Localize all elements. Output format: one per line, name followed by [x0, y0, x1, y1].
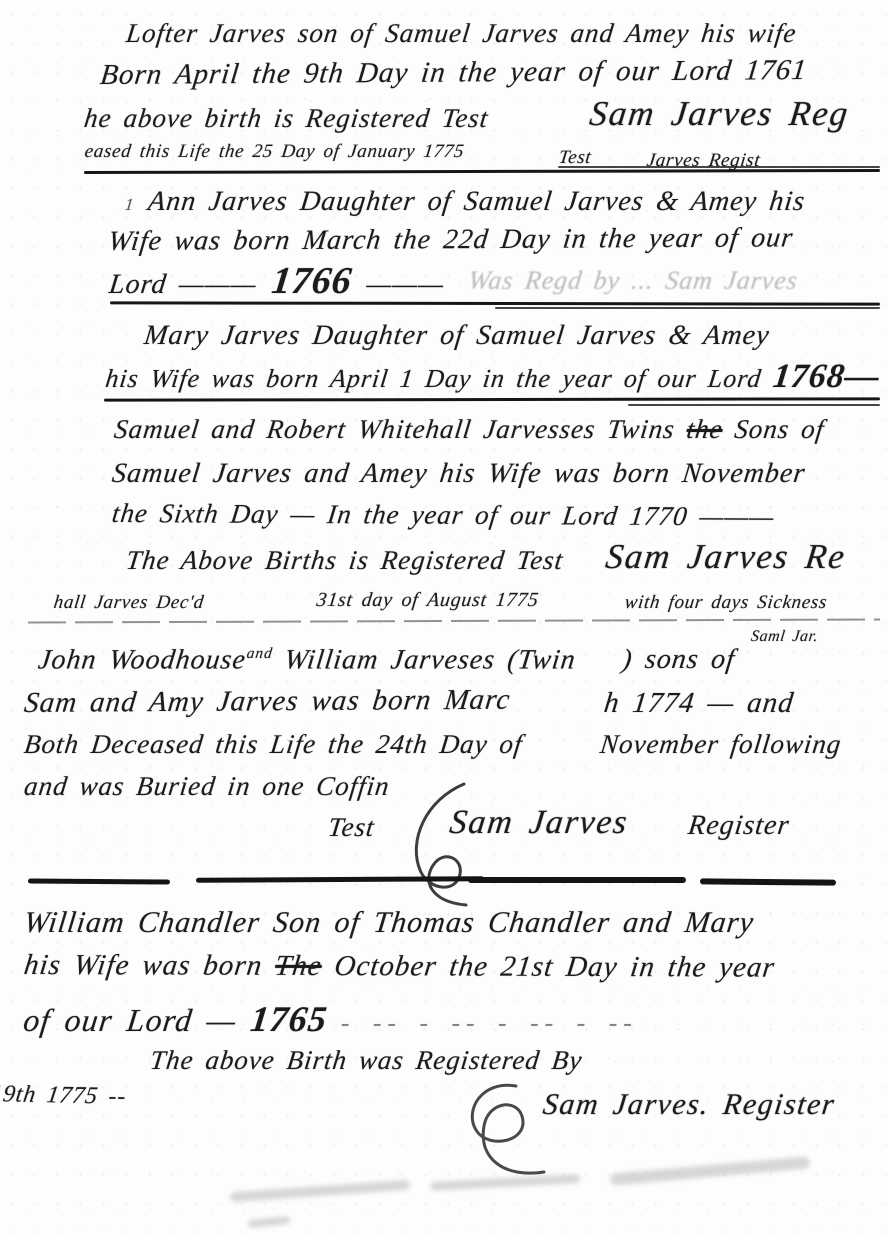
entry7-line3-lord: of our Lord —: [21, 1002, 252, 1038]
entry2-line3-lord: Lord ———: [107, 269, 258, 300]
entry2-line3-dash: ———: [365, 269, 446, 300]
entry6-signature-flourish-icon: [386, 778, 496, 908]
entry6-line4: and was Buried in one Coffin: [23, 773, 392, 800]
entry7-line4: The above Birth was Registered By: [149, 1047, 584, 1074]
entry1-divider: [84, 169, 880, 174]
entry4-line1-text-end: Sons of: [721, 414, 826, 444]
entry3-line2-text: his Wife was born April 1 Day in the yea…: [104, 364, 775, 393]
entry5-signature: Sam Jarves Re: [604, 539, 848, 574]
entry6-divider-segment: [700, 878, 836, 885]
entry2-reference-mark: 1: [124, 196, 135, 213]
entry6-divider-segment: [28, 879, 170, 885]
entry7-line2: his Wife was born The October the 21st D…: [22, 951, 776, 983]
entry7-signature-flourish-icon: [452, 1074, 552, 1184]
entry7-line3-year: 1765: [248, 999, 329, 1039]
entry7-line3: of our Lord — 1765 - -- - -- - -- - --: [22, 1001, 641, 1037]
entry5-divider: [28, 619, 880, 624]
entry4-line3: the Sixth Day — In the year of our Lord …: [111, 500, 777, 530]
entry6-line2-right: h 1774 — and: [602, 689, 795, 718]
entry6-line1-names: John Woodhouse: [36, 644, 248, 675]
entry5-note-sickness: with four days Sickness: [624, 593, 829, 612]
entry2-divider-sub: [495, 307, 880, 309]
entry2-divider: [110, 301, 880, 305]
entry2-faint-registration-note: Was Regd by ... Sam Jarves: [467, 268, 800, 294]
entry5-note-date: 31st day of August 1775: [316, 590, 540, 610]
entry6-test-label: Test: [327, 814, 377, 841]
entry6-line1-left: John Woodhouseand William Jarveses (Twin: [37, 646, 578, 674]
entry6-line3-right: November following: [599, 731, 843, 758]
entry7-line2-struck-word: The: [273, 950, 324, 982]
entry3-line2: his Wife was born April 1 Day in the yea…: [104, 360, 882, 394]
entry7-line2-text-end: October the 21st Day in the year: [320, 950, 777, 984]
entry3-line2-year: 1768—: [771, 358, 882, 395]
entry7-line3-trailing-dashes: - -- - -- - -- - --: [339, 1008, 639, 1037]
entry5-note-initials: Saml Jar.: [750, 629, 819, 645]
entry1-line2: Born April the 9th Day in the year of ou…: [99, 56, 809, 90]
entry6-signature: Sam Jarves: [448, 806, 630, 840]
entry7-line1: William Chandler Son of Thomas Chandler …: [22, 908, 756, 938]
entry1-divider-overline: [558, 166, 880, 168]
entry6-line3-left: Both Deceased this Life the 24th Day of: [23, 731, 525, 758]
entry2-line3: Lord ——— 1766 ———: [107, 262, 447, 300]
entry7-signature: Sam Jarves. Register: [541, 1090, 837, 1120]
entry5-line1: The Above Births is Registered Test: [125, 547, 565, 574]
entry4-line2: Samuel Jarves and Amey his Wife was born…: [111, 460, 807, 488]
bleedthrough-mark: [230, 1180, 410, 1203]
entry3-divider: [104, 397, 880, 401]
entry1-line3: he above birth is Registered Test: [83, 105, 490, 132]
bleedthrough-mark: [610, 1156, 810, 1185]
entry6-line1-names2: William Jarveses (Twin: [270, 644, 578, 675]
entry6-line1-inserted-and: and: [246, 645, 274, 662]
entry3-divider-sub: [628, 404, 880, 406]
register-page-scan: Lofter Jarves son of Samuel Jarves and A…: [0, 0, 888, 1233]
entry1-signature: Sam Jarves Reg: [588, 96, 852, 131]
entry6-divider-segment: [468, 877, 686, 883]
entry7-line2-text: his Wife was born: [22, 949, 277, 982]
entry4-line1-struck-word: the: [685, 414, 725, 444]
entry2-line3-year: 1766: [255, 260, 370, 302]
entry2-line2: Wife was born March the 22d Day in the y…: [107, 224, 795, 256]
bleedthrough-mark: [248, 1216, 291, 1228]
entry2-line1: Ann Jarves Daughter of Samuel Jarves & A…: [147, 188, 807, 216]
entry1-note-death: eased this Life the 25 Day of January 17…: [84, 142, 466, 161]
entry4-line1: Samuel and Robert Whitehall Jarvesses Tw…: [113, 416, 826, 443]
entry6-line1-right: ) sons of: [621, 646, 737, 674]
entry6-line2-left: Sam and Amy Jarves was born Marc: [23, 686, 512, 718]
entry1-note-test: Test: [558, 148, 593, 167]
entry6-register-label: Register: [687, 812, 792, 840]
entry5-note-deceased: hall Jarves Dec'd: [53, 593, 206, 612]
entry1-line1: Lofter Jarves son of Samuel Jarves and A…: [125, 20, 799, 47]
entry7-margin-date-note: 19th 1775 --: [0, 1082, 128, 1109]
entry4-line1-text: Samuel and Robert Whitehall Jarvesses Tw…: [113, 414, 689, 444]
entry3-line1: Mary Jarves Daughter of Samuel Jarves & …: [143, 322, 772, 350]
